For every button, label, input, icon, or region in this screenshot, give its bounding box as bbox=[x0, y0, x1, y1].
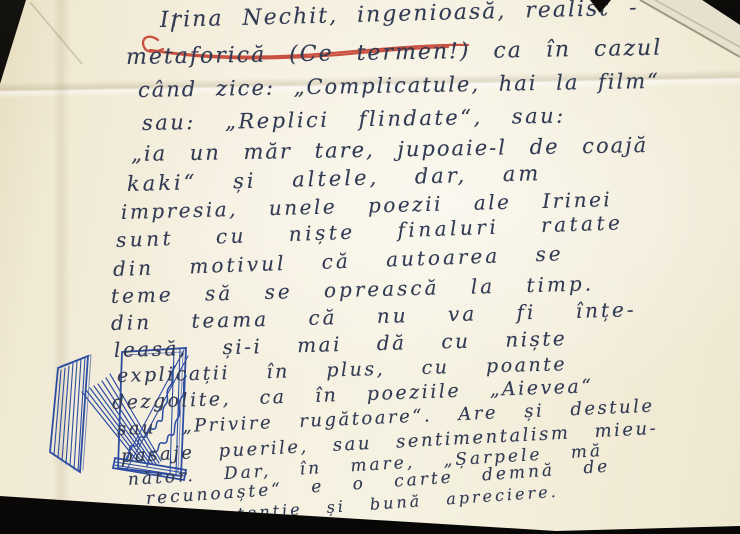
scanned-letter-photo: Irina Nechit, ingenioasă, realist - meta… bbox=[0, 0, 740, 534]
paper-sheet: Irina Nechit, ingenioasă, realist - meta… bbox=[0, 0, 740, 534]
corner-crease-line bbox=[30, 2, 82, 64]
